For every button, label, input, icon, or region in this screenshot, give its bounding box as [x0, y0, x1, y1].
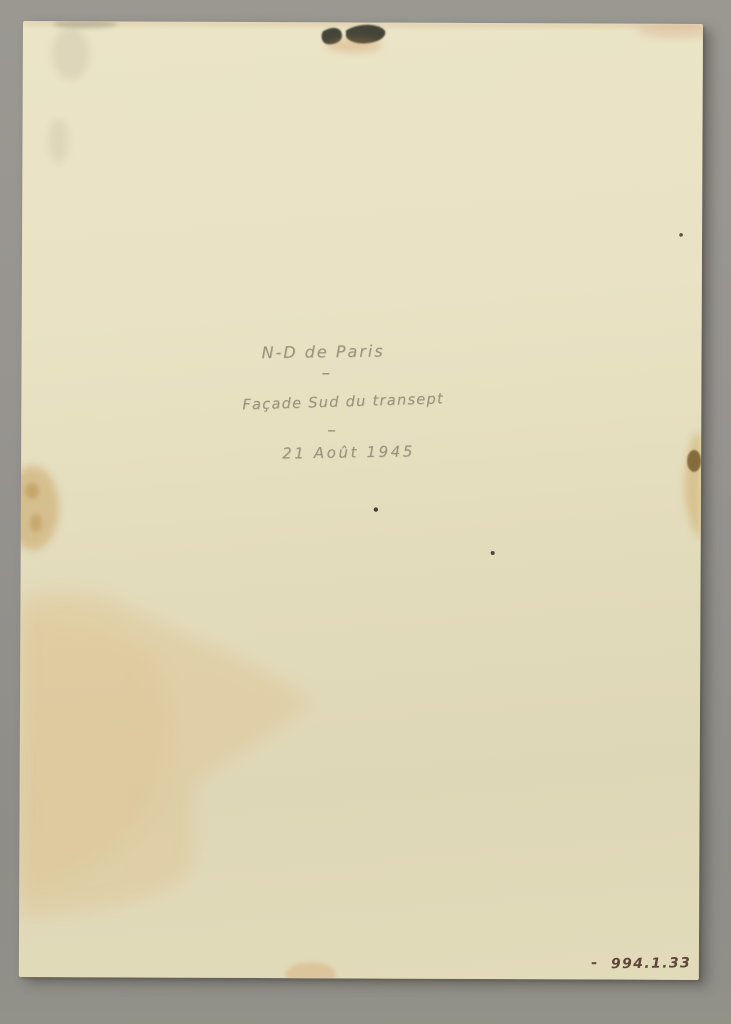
edge-tint-top-right	[637, 24, 703, 38]
corner-smudge-left	[48, 119, 68, 163]
photo-verso-paper: N-D de Paris – Façade Sud du transept – …	[19, 21, 703, 980]
inscription-divider-1: –	[321, 363, 330, 383]
inscription-date: 21 Août 1945	[282, 442, 415, 462]
tape-residue-halo	[326, 38, 382, 52]
stain-bottom-left	[19, 592, 312, 917]
stain-bottom-edge	[286, 962, 336, 980]
stain-right-edge	[685, 432, 702, 540]
stain-left-edge	[19, 466, 59, 550]
inscription-title: N-D de Paris	[261, 342, 384, 363]
speck-center-left	[374, 507, 378, 511]
stain-bottom-left-core	[19, 620, 171, 890]
tape-residue-right-blob	[346, 25, 385, 44]
speck-right-edge	[679, 233, 683, 237]
paper-blemishes-layer	[19, 21, 703, 980]
speck-center-right	[491, 551, 495, 555]
catalog-prefix-mark: -	[591, 953, 597, 971]
corner-smudge-top-left	[53, 27, 89, 79]
stain-left-edge-spot-2	[30, 514, 42, 532]
inscription-divider-2: –	[327, 420, 336, 440]
edge-smudge-top-left	[53, 21, 117, 28]
stain-right-edge-dark-spot	[687, 450, 701, 472]
scan-background: N-D de Paris – Façade Sud du transept – …	[0, 0, 731, 1024]
catalog-number: 994.1.33	[611, 955, 691, 972]
tape-residue-left-blob	[322, 28, 343, 45]
inscription-subject: Façade Sud du transept	[242, 391, 444, 413]
edge-tint-top	[23, 21, 703, 28]
stain-left-edge-spot-1	[25, 483, 39, 499]
